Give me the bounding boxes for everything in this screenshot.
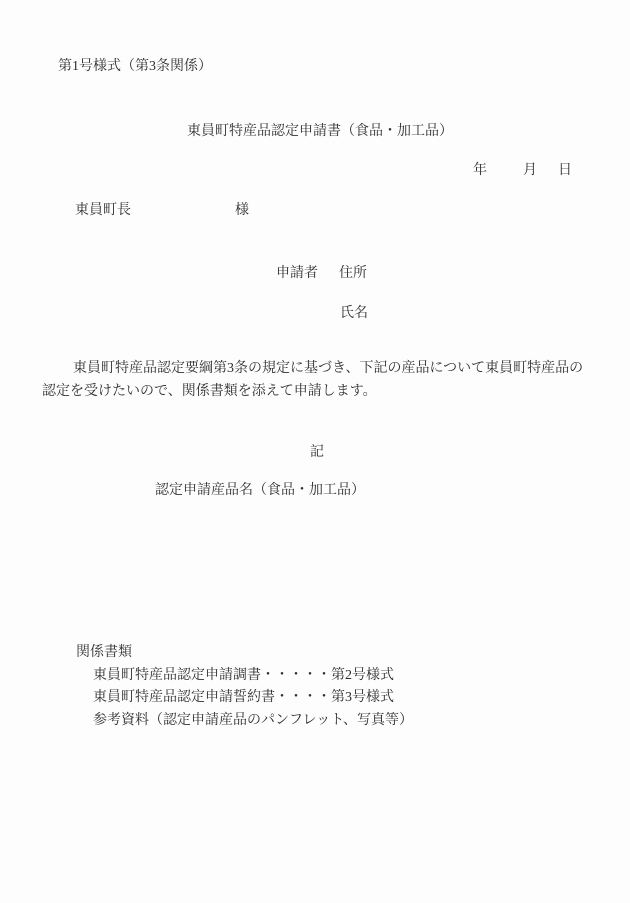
body-paragraph-line-2: 認定を受けたいので、関係書類を添えて申請します。 (42, 384, 602, 400)
applicant-address-label: 住所 (339, 266, 367, 282)
attachments-list: 東員町特産品認定申請調書・・・・・第2号様式 東員町特産品認定申請誓約書・・・・… (93, 665, 413, 732)
form-number: 第1号様式（第3条関係） (58, 59, 212, 75)
page-title: 東員町特産品認定申請書（食品・加工品） (187, 124, 453, 140)
addressee-name: 東員町長 (75, 203, 131, 219)
attachment-item: 東員町特産品認定申請調書・・・・・第2号様式 (93, 665, 413, 687)
applicant-name-label: 氏名 (340, 306, 368, 322)
addressee-honorific: 様 (235, 203, 249, 219)
document-page: 第1号様式（第3条関係） 東員町特産品認定申請書（食品・加工品） 年 月 日 東… (0, 0, 630, 903)
attachment-item: 参考資料（認定申請産品のパンフレット、写真等） (93, 710, 413, 732)
applicant-label: 申請者 (276, 266, 318, 282)
date-day-label: 日 (558, 163, 572, 179)
attachments-heading: 関係書類 (76, 645, 132, 661)
body-paragraph-line-1: 東員町特産品認定要綱第3条の規定に基づき、下記の産品について東員町特産品の (42, 361, 602, 377)
attachment-item: 東員町特産品認定申請誓約書・・・・第3号様式 (93, 687, 413, 709)
ki-marker: 記 (310, 445, 324, 461)
date-month-label: 月 (523, 163, 537, 179)
date-year-label: 年 (473, 163, 487, 179)
product-name-label: 認定申請産品名（食品・加工品） (155, 483, 365, 499)
